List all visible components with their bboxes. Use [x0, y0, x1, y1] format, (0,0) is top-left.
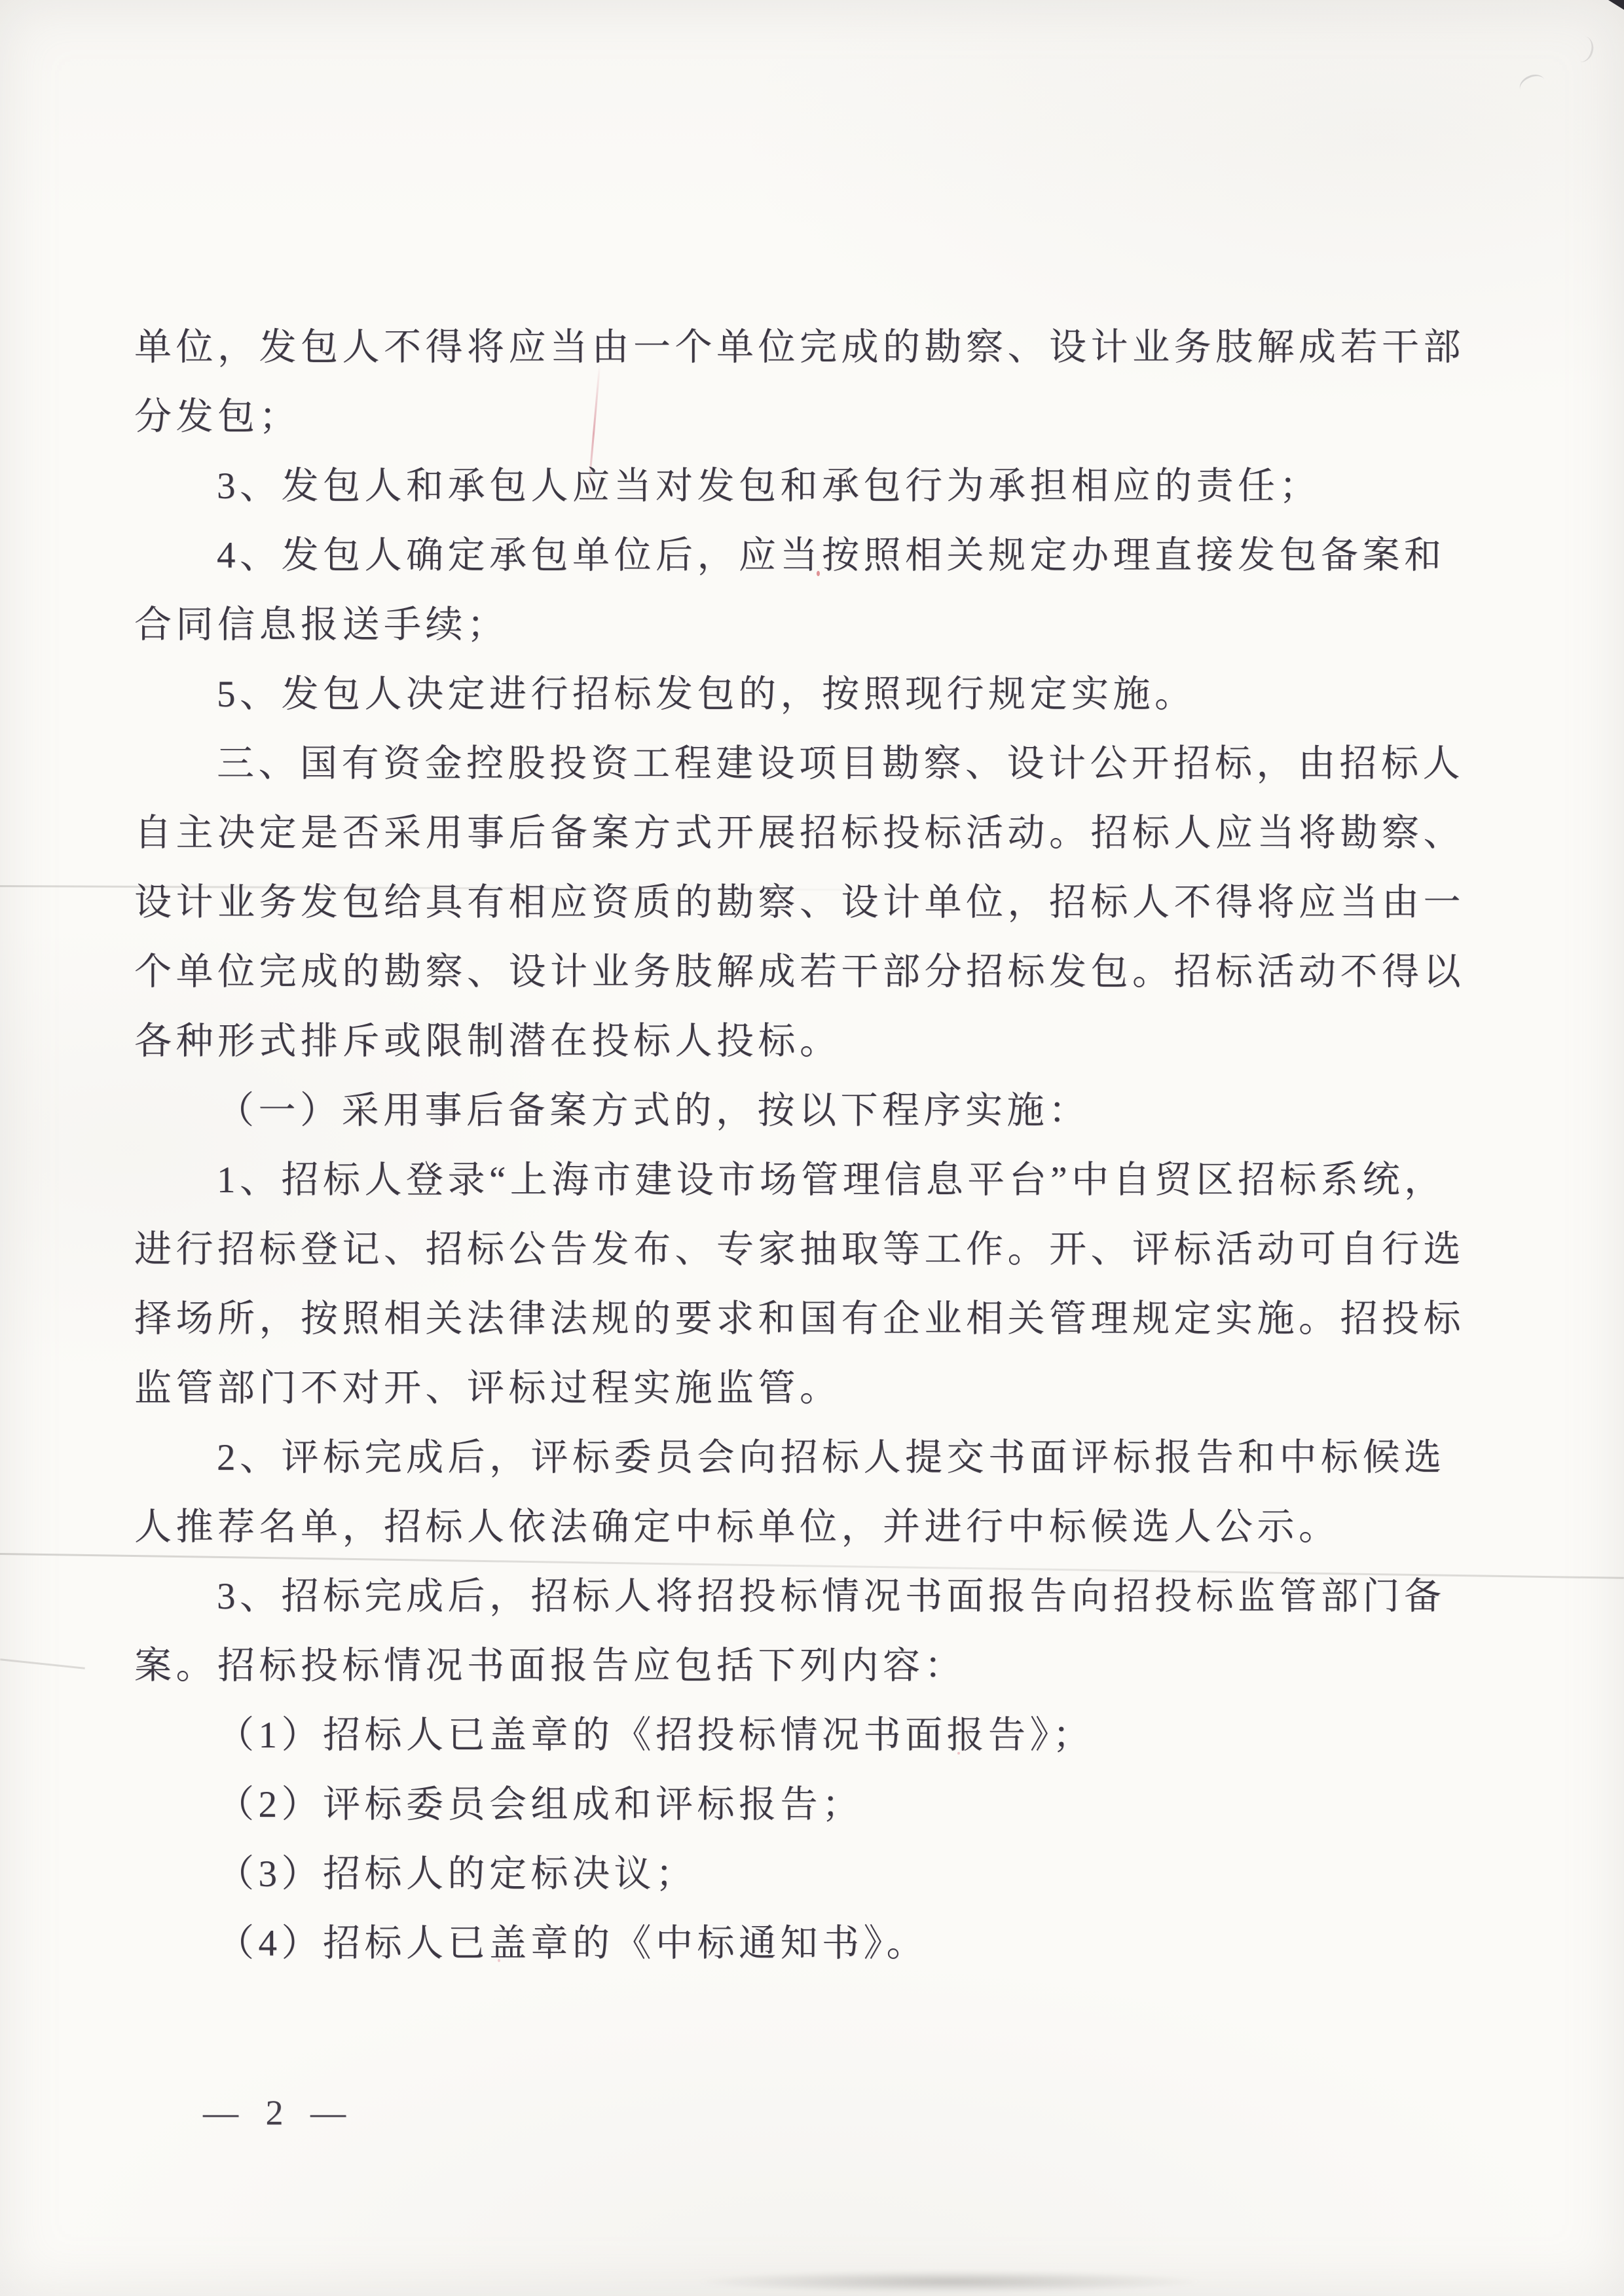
text-line: 单位，发包人不得将应当由一个单位完成的勘察、设计业务肢解成若干部 [134, 325, 1522, 371]
page-number: — 2 — [203, 2092, 355, 2133]
text-line: 4、发包人确定承包单位后，应当按照相关规定办理直接发包备案和 [134, 533, 1605, 579]
text-line: 合同信息报送手续； [134, 602, 1522, 648]
text-line: 自主决定是否采用事后备案方式开展招标投标活动。招标人应当将勘察、 [134, 811, 1522, 856]
text-line: 案。招标投标情况书面报告应包括下列内容： [134, 1643, 1522, 1689]
text-line: 5、发包人决定进行招标发包的，按照现行规定实施。 [134, 672, 1605, 718]
scan-bottom-smudge [694, 2270, 1205, 2293]
scan-squiggle-mark [1569, 34, 1596, 65]
text-line: 3、招标完成后，招标人将招投标情况书面报告向招投标监管部门备 [134, 1574, 1605, 1620]
text-line: 监管部门不对开、评标过程实施监管。 [134, 1366, 1522, 1412]
text-line: 分发包； [134, 394, 1522, 440]
text-line: 择场所，按照相关法律法规的要求和国有企业相关管理规定实施。招投标 [134, 1296, 1522, 1342]
text-line: 进行招标登记、招标公告发布、专家抽取等工作。开、评标活动可自行选 [134, 1227, 1522, 1273]
text-line: （2）评标委员会组成和评标报告； [134, 1782, 1605, 1828]
edge-fold-mark [0, 1658, 85, 1669]
scan-squiggle-mark [1517, 71, 1548, 99]
text-line: 人推荐名单，招标人依法确定中标单位，并进行中标候选人公示。 [134, 1504, 1522, 1550]
text-line: （一）采用事后备案方式的，按以下程序实施： [134, 1088, 1605, 1134]
text-line: 2、评标完成后，评标委员会向招标人提交书面评标报告和中标候选 [134, 1435, 1605, 1481]
text-line: 个单位完成的勘察、设计业务肢解成若干部分招标发包。招标活动不得以 [134, 949, 1522, 995]
text-line: 设计业务发包给具有相应资质的勘察、设计单位，招标人不得将应当由一 [134, 880, 1522, 926]
text-line: 3、发包人和承包人应当对发包和承包行为承担相应的责任； [134, 464, 1605, 509]
text-line: （1）招标人已盖章的《招投标情况书面报告》； [134, 1713, 1605, 1758]
text-line: （4）招标人已盖章的《中标通知书》。 [134, 1921, 1605, 1967]
text-line: 各种形式排斥或限制潜在投标人投标。 [134, 1019, 1522, 1065]
text-line: 1、招标人登录“上海市建设市场管理信息平台”中自贸区招标系统， [134, 1157, 1605, 1203]
scanned-document-page: 单位，发包人不得将应当由一个单位完成的勘察、设计业务肢解成若干部 分发包； 3、… [0, 0, 1624, 2296]
text-line: 三、国有资金控股投资工程建设项目勘察、设计公开招标，由招标人 [134, 741, 1605, 787]
scan-corner-mark [1608, 0, 1624, 10]
text-line: （3）招标人的定标决议； [134, 1851, 1605, 1897]
